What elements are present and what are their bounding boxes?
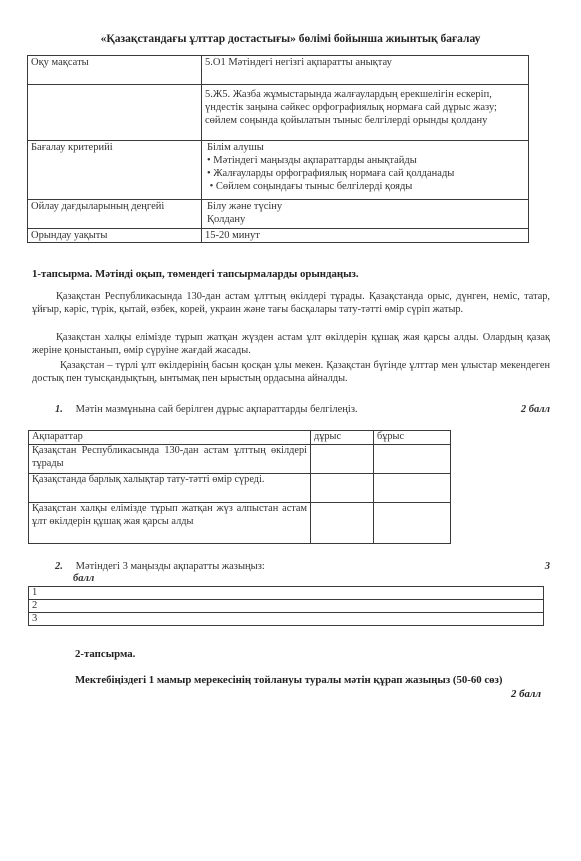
answer-row[interactable]: 2 xyxy=(29,600,544,613)
question-text: Мәтіндегі 3 маңызды ақпаратты жазыңыз: xyxy=(76,561,265,572)
criteria-item: • Жалғауларды орфографиялық нормаға сай … xyxy=(205,167,525,180)
text-paragraph: Қазақстан – түрлі ұлт өкілдерінің басын … xyxy=(32,359,550,385)
true-answer-cell[interactable] xyxy=(311,445,374,474)
table-row: Қазақстан халқы елімізде тұрып жатқан жү… xyxy=(29,503,451,544)
table-row: 5.Ж5. Жазба жұмыстарында жалғаулардың ер… xyxy=(28,85,529,141)
meta-label: Орындау уақыты xyxy=(28,229,202,243)
true-answer-cell[interactable] xyxy=(311,474,374,503)
meta-label: Бағалау критерийі xyxy=(28,141,202,200)
table-row: Бағалау критерийі Білім алушы • Мәтіндег… xyxy=(28,141,529,200)
question-score-unit: балл xyxy=(73,572,94,585)
true-answer-cell[interactable] xyxy=(311,503,374,544)
table-row: Орындау уақыты 15-20 минут xyxy=(28,229,529,243)
meta-value: 5.О1 Мәтіндегі негізгі ақпаратты анықтау xyxy=(202,56,529,85)
text-paragraph: Қазақстан халқы елімізде тұрып жатқан жү… xyxy=(32,331,550,357)
meta-value: 5.Ж5. Жазба жұмыстарында жалғаулардың ер… xyxy=(202,85,529,141)
answer-row[interactable]: 3 xyxy=(29,613,544,626)
question-score-number: 3 xyxy=(545,560,550,573)
fact-statement: Қазақстанда барлық халықтар тату-тәтті ө… xyxy=(29,474,311,503)
meta-value: 15-20 минут xyxy=(202,229,529,243)
answer-row[interactable]: 1 xyxy=(29,587,544,600)
text-paragraph: Қазақстан Республикасында 130-дан астам … xyxy=(32,290,550,316)
table-row: Ойлау дағдыларының деңгейі Білу және түс… xyxy=(28,200,529,229)
table-row: Оқу мақсаты 5.О1 Мәтіндегі негізгі ақпар… xyxy=(28,56,529,85)
question-number: 2. xyxy=(55,560,73,573)
column-header: бұрыс xyxy=(374,431,451,445)
meta-label: Оқу мақсаты xyxy=(28,56,202,85)
question-text: Мәтін мазмұнына сай берілген дұрыс ақпар… xyxy=(76,404,358,415)
column-header: Ақпараттар xyxy=(29,431,311,445)
fact-statement: Қазақстан Республикасында 130-дан астам … xyxy=(29,445,311,474)
thinking-level: Білу және түсіну xyxy=(205,200,525,213)
table-header-row: Ақпараттар дұрыс бұрыс xyxy=(29,431,451,445)
task2-heading: 2-тапсырма. xyxy=(75,648,135,661)
false-answer-cell[interactable] xyxy=(374,474,451,503)
question-number: 1. xyxy=(55,403,73,416)
question-2: 2. Мәтіндегі 3 маңызды ақпаратты жазыңыз… xyxy=(55,560,550,573)
thinking-level: Қолдану xyxy=(205,213,525,226)
criteria-item: • Мәтіндегі маңызды ақпараттарды анықтай… xyxy=(205,154,525,167)
task2-score: 2 балл xyxy=(511,687,541,701)
meta-value: Білім алушы • Мәтіндегі маңызды ақпаратт… xyxy=(202,141,529,200)
answer-cell[interactable]: 3 xyxy=(29,613,544,626)
answer-cell[interactable]: 1 xyxy=(29,587,544,600)
meta-value: Білу және түсіну Қолдану xyxy=(202,200,529,229)
meta-label xyxy=(28,85,202,141)
answer-cell[interactable]: 2 xyxy=(29,600,544,613)
meta-label: Ойлау дағдыларының деңгейі xyxy=(28,200,202,229)
table-row: Қазақстан Республикасында 130-дан астам … xyxy=(29,445,451,474)
false-answer-cell[interactable] xyxy=(374,445,451,474)
criteria-intro: Білім алушы xyxy=(205,141,525,154)
document-title: «Қазақстандағы ұлттар достастығы» бөлімі… xyxy=(0,33,581,46)
task2-instruction: Мектебіңіздегі 1 мамыр мерекесінің тойла… xyxy=(75,673,541,687)
column-header: дұрыс xyxy=(311,431,374,445)
question-score: 2 балл xyxy=(521,403,550,416)
true-false-table: Ақпараттар дұрыс бұрыс Қазақстан Республ… xyxy=(28,430,451,544)
answers-table: 1 2 3 xyxy=(28,586,544,626)
question-1: 1. Мәтін мазмұнына сай берілген дұрыс ақ… xyxy=(55,403,550,416)
false-answer-cell[interactable] xyxy=(374,503,451,544)
assessment-meta-table: Оқу мақсаты 5.О1 Мәтіндегі негізгі ақпар… xyxy=(27,55,529,243)
fact-statement: Қазақстан халқы елімізде тұрып жатқан жү… xyxy=(29,503,311,544)
task2-text: Мектебіңіздегі 1 мамыр мерекесінің тойла… xyxy=(75,674,502,686)
task1-heading: 1-тапсырма. Мәтінді оқып, төмендегі тапс… xyxy=(32,268,359,281)
criteria-item: • Сөйлем соңындағы тыныс белгілерді қояд… xyxy=(205,180,525,193)
table-row: Қазақстанда барлық халықтар тату-тәтті ө… xyxy=(29,474,451,503)
